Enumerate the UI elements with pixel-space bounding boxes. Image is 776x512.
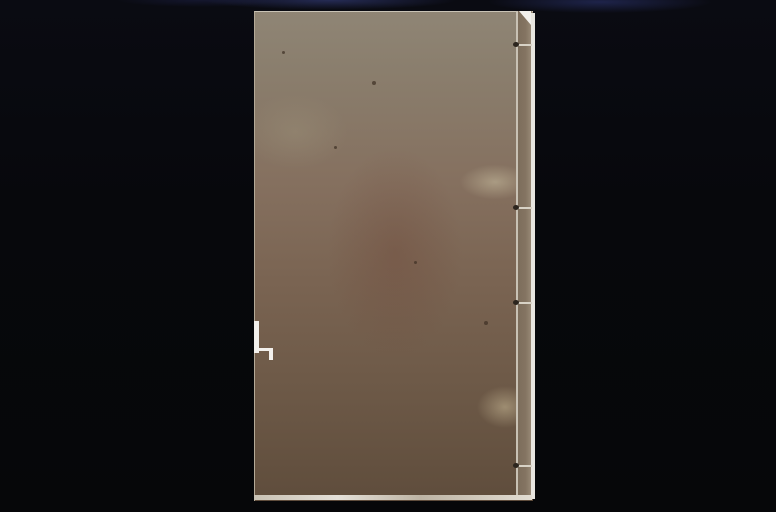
- binding-knot: [513, 463, 519, 468]
- cover-stain: [282, 51, 285, 54]
- cover-stain: [334, 146, 337, 149]
- binding-strip: [516, 11, 532, 500]
- cover-stain: [414, 261, 417, 264]
- torn-patch: [269, 348, 273, 360]
- cover-stain: [372, 81, 376, 85]
- book-cover: [254, 11, 533, 501]
- binding-thread: [516, 11, 518, 500]
- binding-knot: [513, 300, 519, 305]
- page-edge: [531, 13, 535, 499]
- binding-knot: [513, 42, 519, 47]
- frayed-bottom-edge: [254, 495, 532, 500]
- binding-knot: [513, 205, 519, 210]
- cover-stain: [484, 321, 488, 325]
- book: [254, 11, 534, 501]
